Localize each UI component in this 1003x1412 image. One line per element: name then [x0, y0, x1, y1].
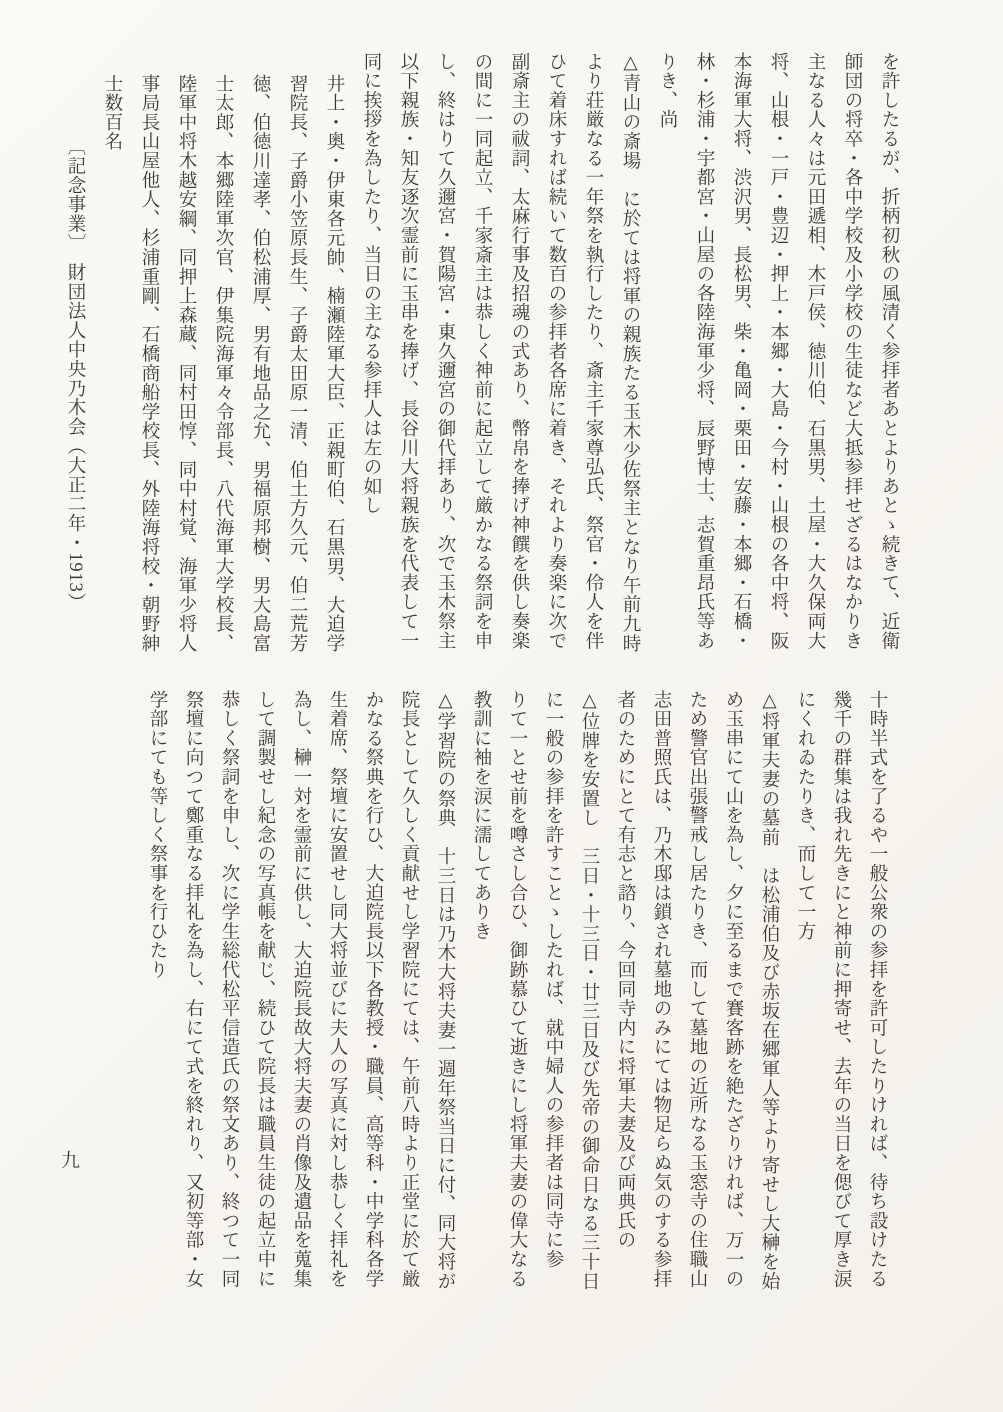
text-column: 師団の将卒・各中学校及小学校の生徒など大抵参拝せざるはなかりき [833, 52, 870, 677]
text-column: 志田普照氏は、乃木邸は鎖され墓地のみにては物足らぬ気のする参拝 [643, 690, 679, 1312]
document-page: を許したるが、折柄初秋の風清く参拝者あとよりあとゝ続きて、近衛師団の将卒・各中学… [0, 0, 1003, 1412]
text-column: の間に一同起立、千家斎主は恭しく神前に起立して厳かなる祭詞を申 [463, 52, 500, 677]
text-column: 本海軍大将、渋沢男、長松男、柴・亀岡・栗田・安藤・本郷・石橋・ [722, 52, 759, 677]
text-column: 為し、榊一対を霊前に供し、大迫院長故大将夫妻の肖像及遺品を蒐集 [283, 690, 319, 1312]
text-column: かなる祭典を行ひ、大迫院長以下各教授・職員、高等科・中学科各学 [355, 690, 391, 1312]
text-column: りき、尚 [648, 52, 685, 677]
text-column: より荘厳なる一年祭を執行したり、斎主千家尊弘氏、祭官・伶人を伴 [574, 52, 611, 677]
text-column: 事局長山屋他人、杉浦重剛、石橋商船学校長、外陸海将校・朝野紳 [130, 52, 167, 677]
text-column: 主なる人々は元田遞相、木戸侯、徳川伯、石黒男、土屋・大久保両大 [796, 52, 833, 677]
text-column: 十時半式を了るや一般公衆の参拝を許可したりければ、待ち設けたる [859, 690, 895, 1312]
text-column: 生着席、祭壇に安置せし同大将並びに夫人の写真に対し恭しく拝礼を [319, 690, 355, 1312]
text-column: 士太郎、本郷陸軍次官、伊集院海軍々令部長、八代海軍大学校長、 [204, 52, 241, 677]
text-column: に一般の参拝を許すことゝしたれば、就中婦人の参拝者は同寺に参 [535, 690, 571, 1312]
text-column: 幾千の群集は我れ先きにと神前に押寄せ、去年の当日を偲びて厚き涙 [823, 690, 859, 1312]
text-column: 習院長、子爵小笠原長生、子爵太田原一清、伯土方久元、伯二荒芳 [278, 52, 315, 677]
text-column: 教訓に袖を涙に濡してありき [463, 690, 499, 1312]
text-column: 同に挨拶を為したり、当日の主なる参拝人は左の如し [352, 52, 389, 677]
text-column: 徳、伯徳川達孝、伯松浦厚、男有地品之允、男福原邦樹、男大島富 [241, 52, 278, 677]
text-column: △青山の斎場 に於ては将軍の親族たる玉木少佐祭主となり午前九時 [611, 52, 648, 677]
page-number: 九 [55, 1150, 82, 1170]
text-column: △学習院の祭典 十三日は乃木大将夫妻一週年祭当日に付、同大将が [427, 690, 463, 1312]
top-text-block: を許したるが、折柄初秋の風清く参拝者あとよりあとゝ続きて、近衛師団の将卒・各中学… [56, 52, 907, 677]
text-column: 学部にても等しく祭事を行ひたり [139, 690, 175, 1312]
text-column: △位牌を安置し 三日・十三日・廿三日及び先帝の御命日なる三十日 [571, 690, 607, 1312]
text-column: 恭しく祭詞を申し、次に学生総代松平信造氏の祭文あり、終つて一同 [211, 690, 247, 1312]
text-column: 士数百名 [93, 52, 130, 677]
text-column: にくれゐたりき、而して一方 [787, 690, 823, 1312]
text-column: ひて着床すれば続いて数百の参拝者各席に着き、それより奏楽に次で [537, 52, 574, 677]
text-column: 以下親族・知友逐次霊前に玉串を捧げ、長谷川大将親族を代表して一 [389, 52, 426, 677]
text-column: し、終はりて久邇宮・賀陽宮・東久邇宮の御代拝あり、次で玉木祭主 [426, 52, 463, 677]
bottom-text-block: 十時半式を了るや一般公衆の参拝を許可したりければ、待ち設けたる幾千の群集は我れ先… [139, 690, 895, 1312]
text-column: 院長として久しく貢献せし学習院にては、午前八時より正堂に於て厳 [391, 690, 427, 1312]
text-column: 副斎主の祓詞、太麻行事及招魂の式あり、幣帛を捧げ神饌を供し奏楽 [500, 52, 537, 677]
text-column: 〔記念事業〕 財団法人中央乃木会（大正二年・1913） [56, 52, 93, 677]
text-column: 将、山根・一戸・豊辺・押上・本郷・大島・今村・山根の各中将、阪 [759, 52, 796, 677]
text-column: 井上・奥・伊東各元帥、楠瀬陸軍大臣、正親町伯、石黒男、大迫学 [315, 52, 352, 677]
text-column: ため警官出張警戒し居たりき、而して墓地の近所なる玉窓寺の住職山 [679, 690, 715, 1312]
text-column: して調製せし紀念の写真帳を献じ、続ひて院長は職員生徒の起立中に [247, 690, 283, 1312]
text-column: 者のためにとて有志と諮り、今回同寺内に将軍夫妻及び両典氏の [607, 690, 643, 1312]
text-column: 陸軍中将木越安綱、同押上森蔵、同村田惇、同中村覚、海軍少将人 [167, 52, 204, 677]
text-column: りて一とせ前を噂さし合ひ、御跡慕ひて逝きにし将軍夫妻の偉大なる [499, 690, 535, 1312]
text-column: 林・杉浦・宇都宮・山屋の各陸海軍少将、辰野博士、志賀重昂氏等あ [685, 52, 722, 677]
text-column: △将軍夫妻の墓前 は松浦伯及び赤坂在郷軍人等より寄せし大榊を始 [751, 690, 787, 1312]
text-column: め玉串にて山を為し、夕に至るまで賽客跡を絶たざりければ、万一の [715, 690, 751, 1312]
text-column: を許したるが、折柄初秋の風清く参拝者あとよりあとゝ続きて、近衛 [870, 52, 907, 677]
text-column: 祭壇に向つて鄭重なる拝礼を為し、右にて式を終れり、又初等部・女 [175, 690, 211, 1312]
